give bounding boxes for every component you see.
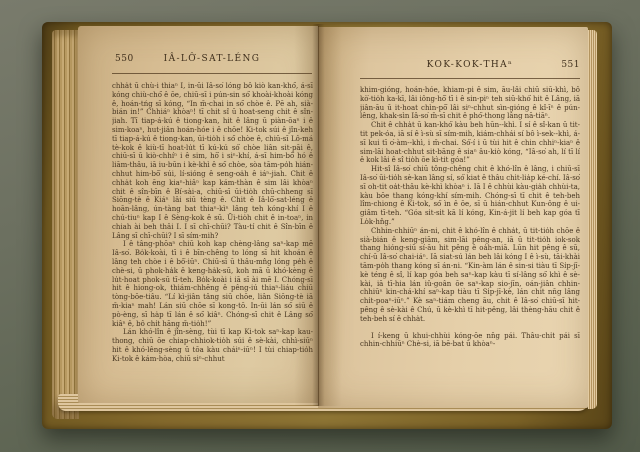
- gutter-crease-line: [318, 26, 319, 406]
- left-page: 550 IÂ-LÔ͘-SAT-LÉNG chha̍t ū chù-i thiaⁿ…: [78, 26, 318, 403]
- header-rule-left: [112, 73, 312, 74]
- page-stack-left-edge: [52, 30, 79, 419]
- paragraph: Chit ê chha̍t ū kan-khó͘ kàu beh hūn--kh…: [360, 121, 580, 165]
- paragraph: khim-gióng, hoán-hóe, khiam-pi ê sim, āu…: [360, 86, 580, 121]
- page-stack-right-edge: [588, 30, 597, 409]
- page-number-left: 550: [115, 54, 134, 64]
- open-book: 550 IÂ-LÔ͘-SAT-LÉNG chha̍t ū chù-i thiaⁿ…: [0, 0, 640, 452]
- header-rule-right: [360, 78, 580, 79]
- page-number-right: 551: [561, 60, 580, 70]
- left-page-text: chha̍t ū chù-i thiaⁿ I, in-ūi Iâ-so͘ lón…: [112, 82, 313, 393]
- photo-background: 550 IÂ-LÔ͘-SAT-LÉNG chha̍t ū chù-i thiaⁿ…: [0, 0, 640, 452]
- left-page-header: 550 IÂ-LÔ͘-SAT-LÉNG: [112, 54, 312, 64]
- running-head-left: IÂ-LÔ͘-SAT-LÉNG: [164, 54, 261, 64]
- paragraph: chha̍t ū chù-i thiaⁿ I, in-ūi Iâ-so͘ lón…: [112, 82, 313, 240]
- right-page-text: khim-gióng, hoán-hóe, khiam-pi ê sim, āu…: [360, 86, 580, 398]
- running-head-right: KOK-KOK-THAⁿ: [427, 60, 514, 70]
- right-page-header: KOK-KOK-THAⁿ 551: [360, 60, 580, 70]
- paragraph: I í-keng ū khui-chhùi kóng-ōe nn̄g pái. …: [360, 332, 580, 350]
- paragraph: Chhin-chhiūⁿ án-ni, chit ê khó-lîn ê chh…: [360, 227, 580, 324]
- paragraph: Lán khó-lîn ê jîn-sèng, tùi tī kap Ki-to…: [112, 328, 313, 363]
- paragraph: I ê tâng-phōaⁿ chiū koh kap chèng-lâng s…: [112, 240, 313, 328]
- right-page: KOK-KOK-THAⁿ 551 khim-gióng, hoán-hóe, k…: [318, 27, 588, 408]
- paragraph: Hit-sî Iâ-so͘ chiū tông-chêng chit ê khó…: [360, 165, 580, 227]
